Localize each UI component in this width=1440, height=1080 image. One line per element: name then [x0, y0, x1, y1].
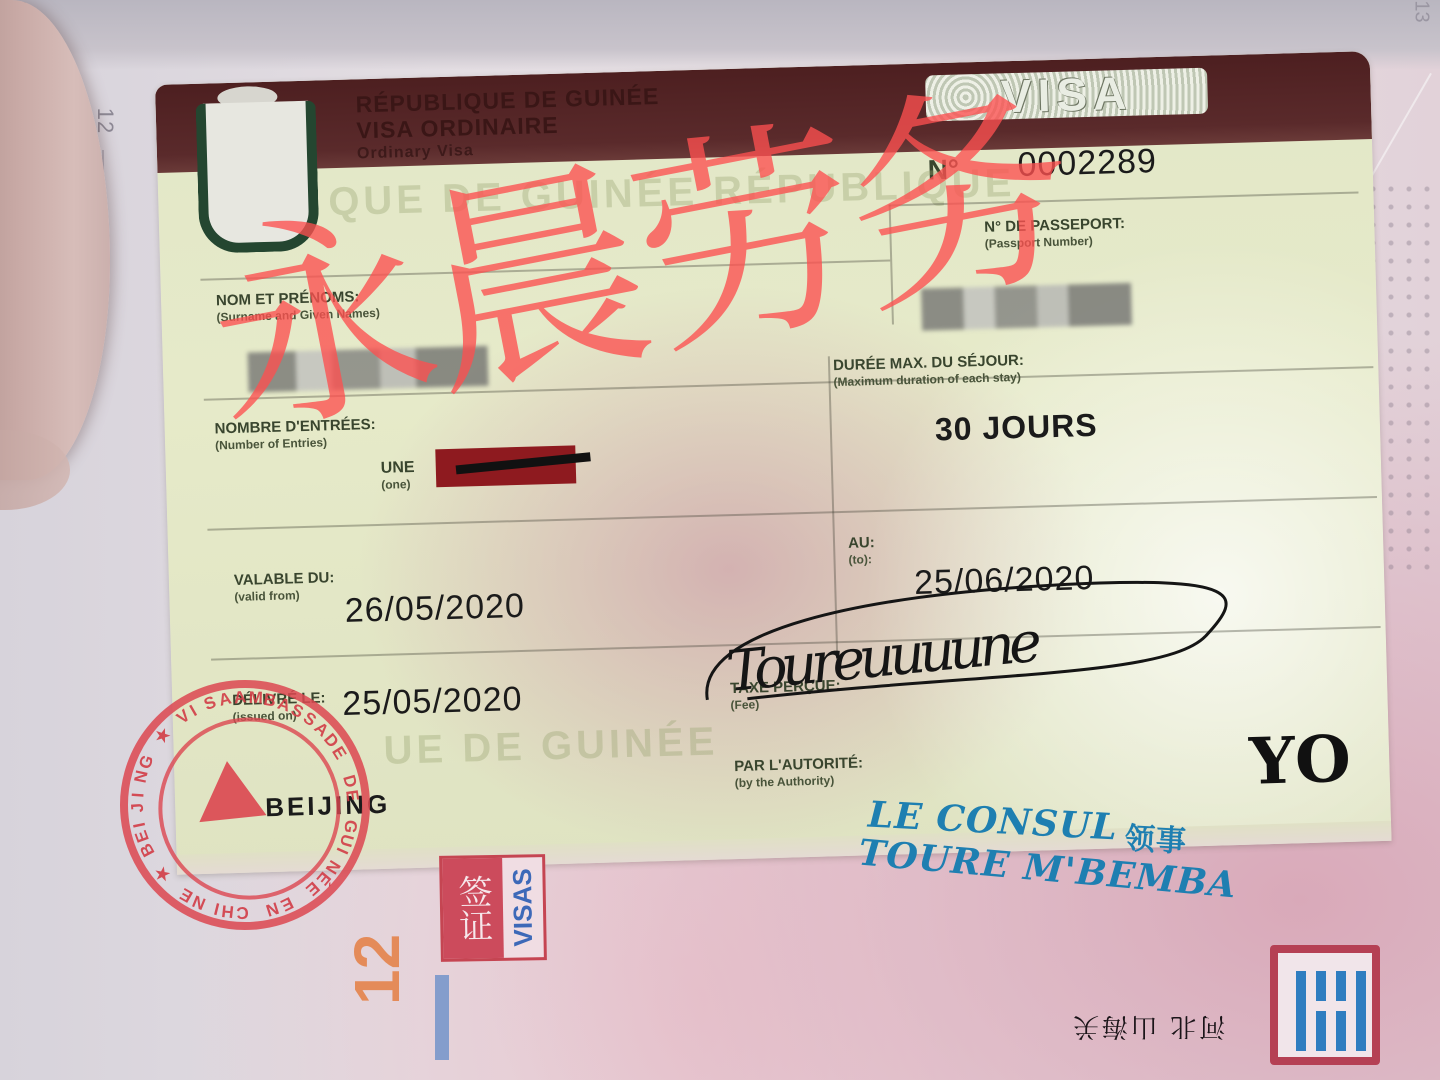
stamp-letter: ★ [150, 861, 175, 886]
valid-to-label: AU: (to): [848, 535, 876, 568]
validity-rule [207, 496, 1377, 531]
authority-label-fr: PAR L'AUTORITÉ: [734, 754, 863, 775]
gate-bar [1356, 971, 1366, 1051]
shanhaiguan-gate-icon [1270, 945, 1380, 1065]
consul-stamp-zh: 领事 [1124, 813, 1188, 860]
entries-value-en: (one) [381, 476, 415, 493]
stamp-letter: I [128, 792, 148, 798]
issued-date: 25/05/2020 [342, 680, 523, 724]
stamp-letter: ★ [150, 724, 175, 748]
stamp-letter: E [341, 789, 362, 803]
visas-page-label: 签证 VISAS [439, 854, 547, 962]
background-text-bottom: UE DE GUINÉE [383, 720, 719, 774]
gate-bar [1336, 971, 1346, 1001]
authority-label: PAR L'AUTORITÉ: (by the Authority) [734, 755, 864, 791]
stamp-letter: N [131, 769, 153, 785]
embassy-stamp-emblem-icon: ⛰ [192, 741, 269, 841]
valid-from-date: 26/05/2020 [344, 587, 525, 631]
entries-value-fr: UNE [381, 459, 415, 477]
stamp-letter: S [201, 692, 219, 715]
gate-bar [1316, 971, 1326, 1001]
valid-from-label-en: (valid from) [234, 586, 335, 605]
valid-from-label-fr: VALABLE DU: [234, 569, 335, 589]
gate-bar [1336, 1011, 1346, 1051]
visa-type-fr: VISA ORDINAIRE [356, 112, 559, 145]
watermark-char: 永 [190, 194, 446, 456]
gate-bar [1316, 1011, 1326, 1051]
watermark-char: 劳 [616, 111, 872, 373]
stamp-letter: M [248, 688, 263, 708]
watermark-char: 务 [829, 69, 1085, 331]
max-duration-value: 30 JOURS [934, 407, 1098, 449]
embassy-stamp: AMBASSADE DE GUINÉE EN CHINE ★ BEIJING ★… [108, 668, 383, 943]
place-label-zh: 河北 山海关 [1070, 1010, 1225, 1047]
bottom-page-number: 12 [340, 934, 414, 1005]
entries-value: UNE (one) [381, 460, 416, 493]
initials: YO [1248, 722, 1351, 800]
stamp-letter: D [338, 773, 361, 790]
stamp-letter: H [221, 900, 235, 921]
gate-bar [1296, 971, 1306, 1051]
stamp-letter: B [262, 690, 278, 712]
visas-label-zh: 签证 [442, 858, 504, 959]
watermark-char: 晨 [403, 152, 659, 414]
top-page-number-right: 13 [1410, 0, 1433, 22]
valid-from-label: VALABLE DU: (valid from) [234, 570, 335, 605]
decorative-blue-bar [435, 975, 449, 1060]
authority-label-en: (by the Authority) [734, 771, 863, 791]
valid-to-label-fr: AU: [848, 534, 875, 552]
stamp-letter: A [217, 689, 234, 711]
stamp-letter: E [277, 892, 296, 915]
stamp-letter: J [128, 802, 149, 813]
max-duration-label: DURÉE MAX. DU SÉJOUR: (Maximum duration … [833, 353, 1025, 390]
visa-type-en: Ordinary Visa [357, 142, 474, 163]
stamp-letter: C [236, 902, 249, 922]
visas-label-en: VISAS [502, 857, 544, 958]
stamp-letter: A [233, 687, 247, 708]
